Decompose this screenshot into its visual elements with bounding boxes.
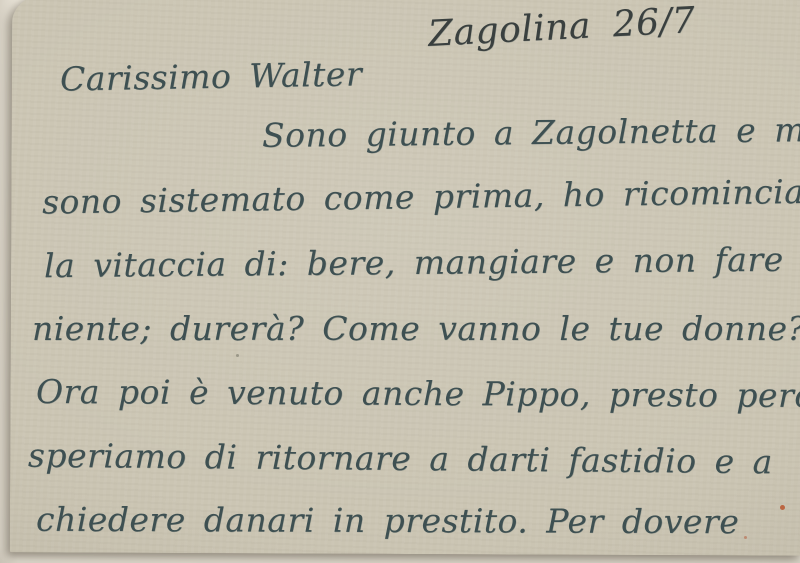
postcard-body-line: niente; durerà? Come vanno le tue donne? — [32, 312, 800, 345]
postcard-salutation: Carissimo Walter — [60, 57, 363, 95]
postcard-body-line: Ora poi è venuto anche Pippo, presto per… — [36, 375, 800, 412]
scanned-postcard: Zagolina 26/7 Carissimo Walter Sono giun… — [0, 0, 800, 563]
postcard-body-line: speriamo di ritornare a darti fastidio e… — [28, 439, 773, 478]
postcard-body-line: chiedere danari in prestito. Per dovere — [36, 503, 739, 538]
postcard-body-line: sono sistemato come prima, ho ricomincia… — [42, 174, 800, 218]
postcard-body-line: Sono giunto a Zagolnetta e mi — [262, 113, 800, 152]
postcard-body-line: la vitaccia di: bere, mangiare e non far… — [44, 243, 784, 282]
